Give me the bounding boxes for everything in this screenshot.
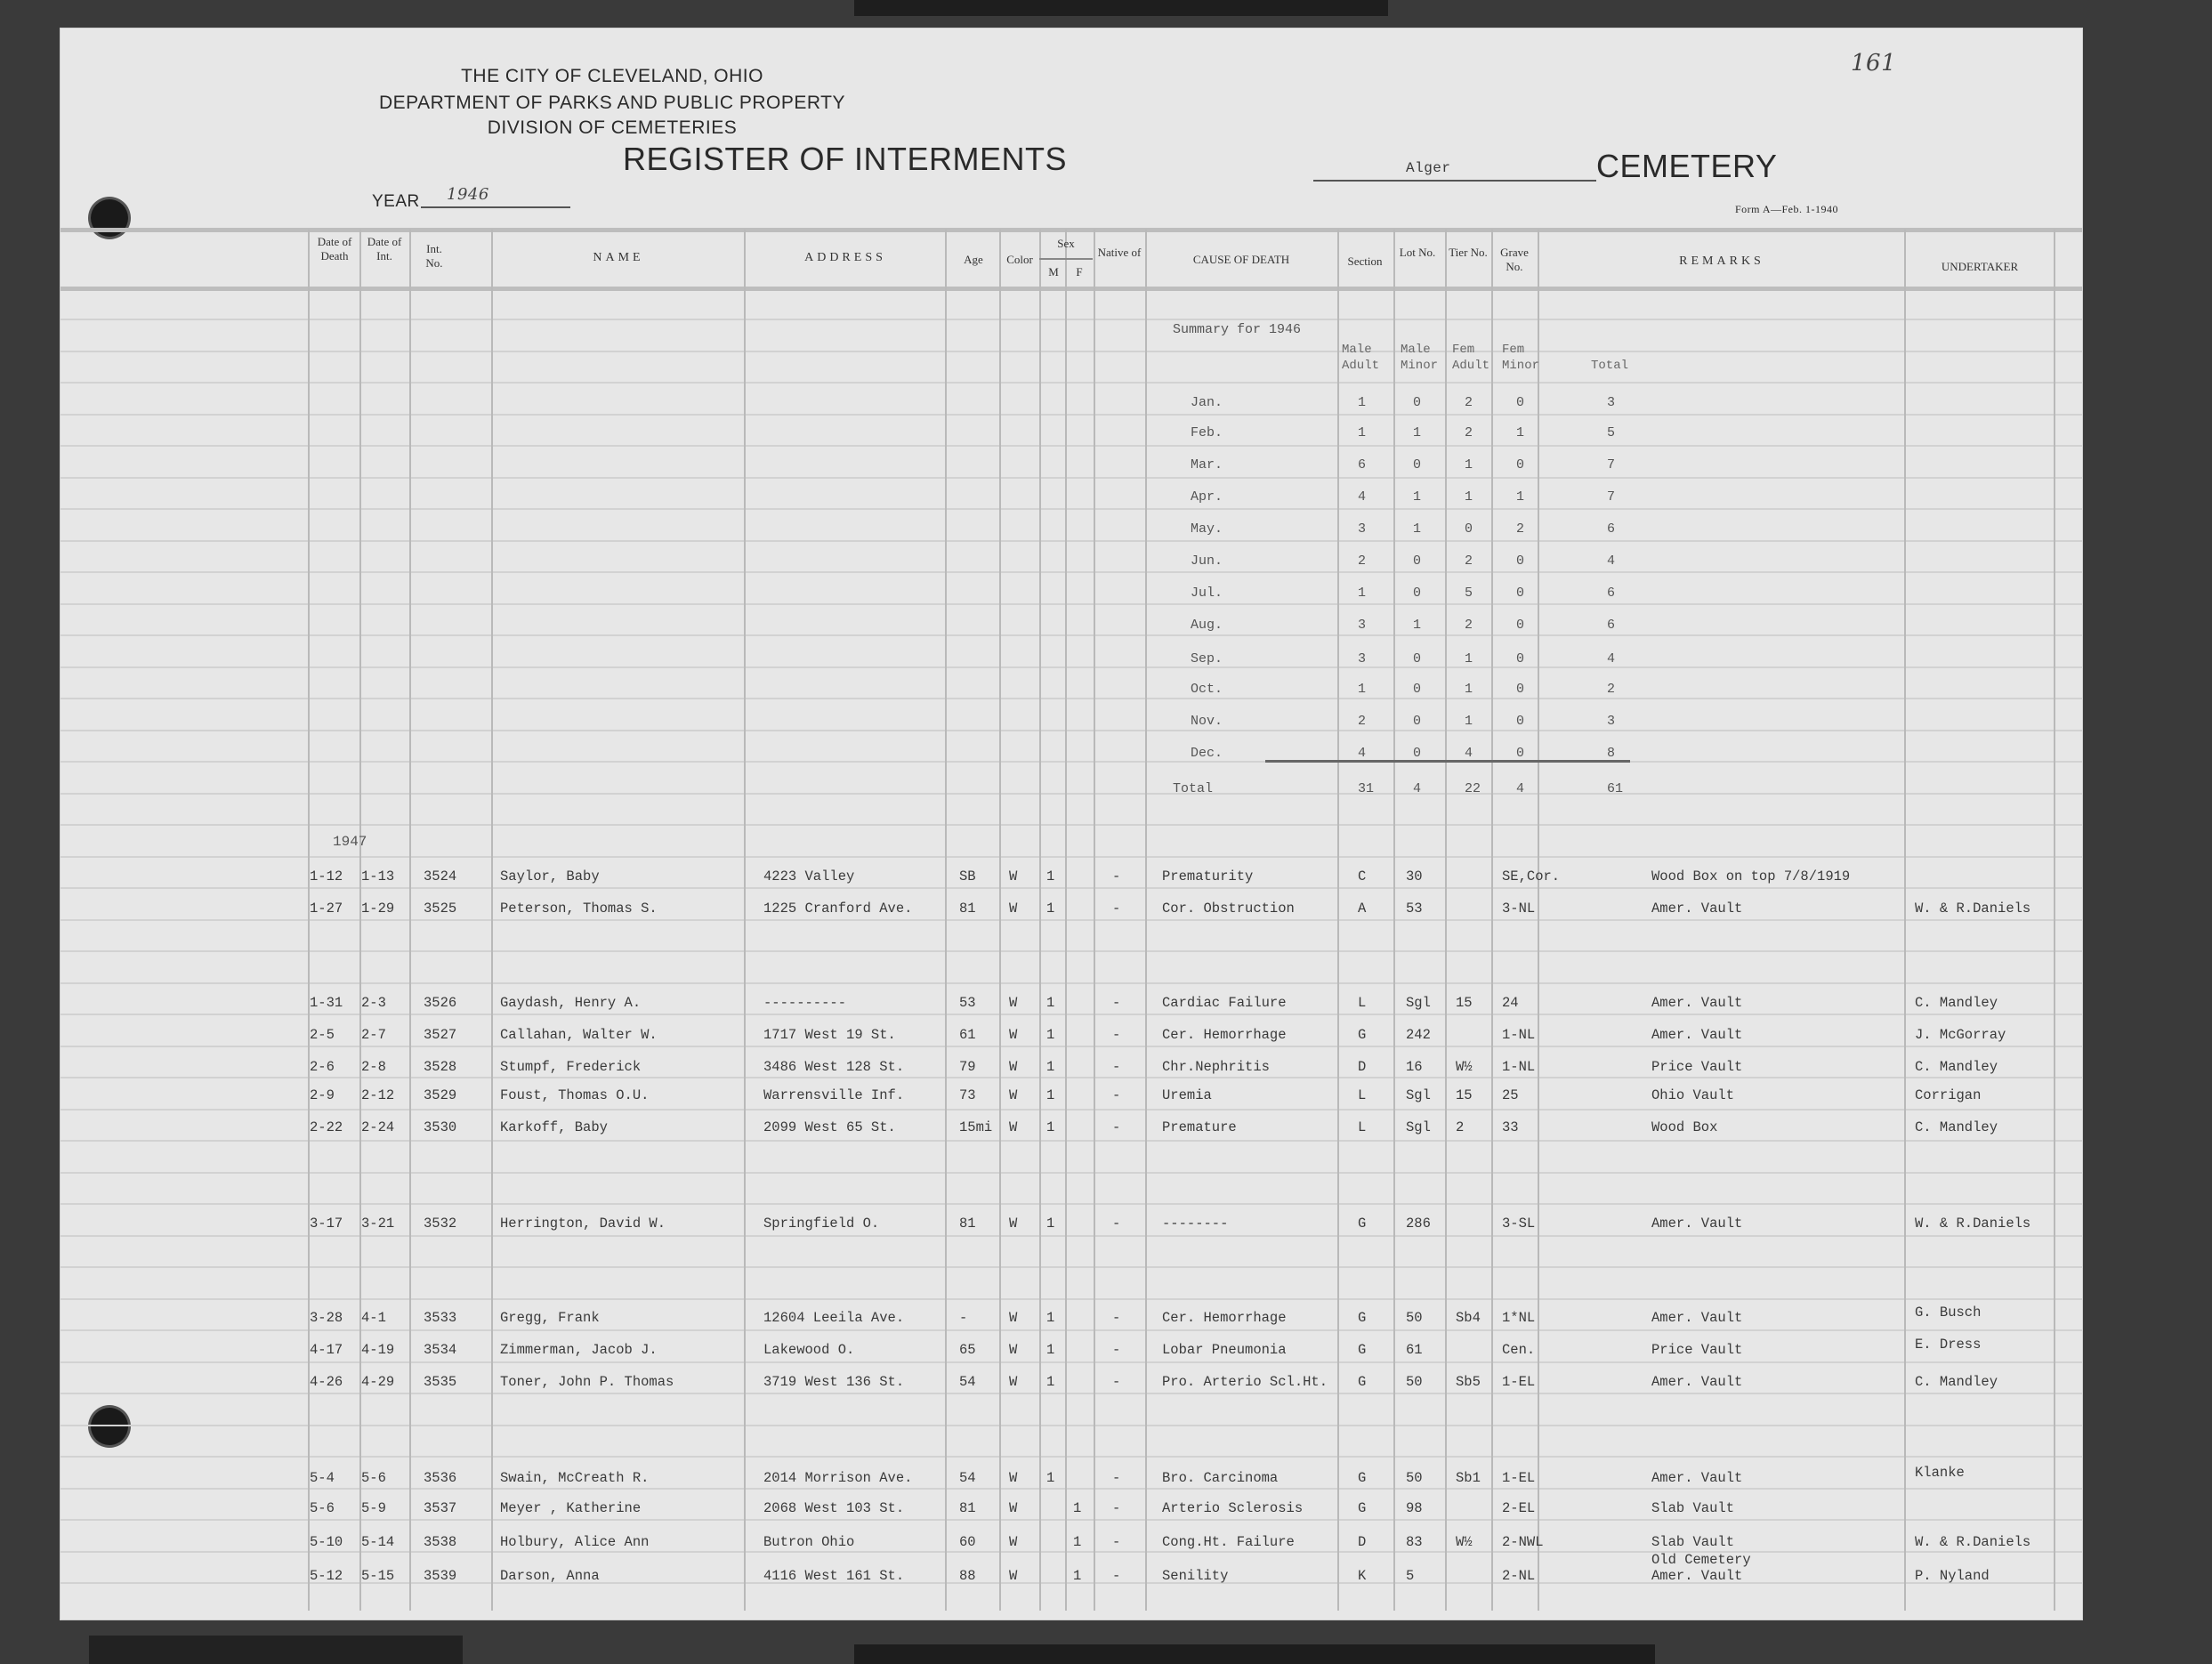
name: Swain, McCreath R. [500,1470,649,1486]
section: L [1358,1087,1366,1103]
summary-month: Feb. [1191,425,1223,440]
summary-total: 7 [1607,457,1615,473]
col-date-of-int: Date of Int. [361,235,408,263]
summary-male-adult: 2 [1358,553,1366,569]
summary-fem-minor: 0 [1516,457,1524,473]
summary-header-male-adult: Male Adult [1342,342,1392,374]
grave-no: 2-NL [1502,1568,1535,1584]
summary-male-minor: 4 [1413,781,1421,796]
name: Herrington, David W. [500,1216,666,1232]
column-divider [409,230,411,1611]
section: L [1358,1119,1366,1135]
year-value: 1946 [447,185,489,204]
age: 54 [959,1470,976,1486]
table-top-rule [61,228,2082,232]
summary-total: 7 [1607,489,1615,505]
summary-month: Jun. [1191,553,1223,569]
date-of-death: 5-10 [310,1534,343,1550]
age: 81 [959,1500,976,1516]
sex-m: 1 [1046,1342,1054,1358]
summary-month: Apr. [1191,489,1223,505]
grave-no: 1-EL [1502,1374,1535,1390]
sex-f: 1 [1073,1568,1081,1584]
form-note: Form A—Feb. 1-1940 [1735,203,1838,216]
grave-no: 1-NL [1502,1027,1535,1043]
lot-no: 16 [1406,1059,1423,1075]
summary-total: 5 [1607,425,1615,440]
address: 1717 West 19 St. [763,1027,896,1043]
summary-fem-minor: 4 [1516,781,1524,796]
remarks: Wood Box on top 7/8/1919 [1651,868,1850,885]
int-no: 3529 [424,1087,456,1103]
summary-male-adult: 3 [1358,521,1366,537]
name: Gregg, Frank [500,1310,600,1326]
int-no: 3527 [424,1027,456,1043]
summary-male-adult: 3 [1358,651,1366,666]
address: 4116 West 161 St. [763,1568,904,1584]
address: 2099 West 65 St. [763,1119,896,1135]
name: Gaydash, Henry A. [500,995,641,1011]
column-divider [2054,230,2055,1611]
summary-male-adult: 1 [1358,682,1366,697]
summary-header-fem-minor: Fem Minor [1502,342,1552,374]
section: G [1358,1470,1366,1486]
section: G [1358,1342,1366,1358]
summary-fem-minor: 1 [1516,425,1524,440]
summary-fem-minor: 0 [1516,714,1524,729]
int-no: 3536 [424,1470,456,1486]
summary-male-minor: 0 [1413,553,1421,569]
date-of-death: 1-31 [310,995,343,1011]
ledger-rule [61,1140,2082,1142]
color: W [1009,901,1017,917]
ledger-rule [61,1203,2082,1205]
cause-of-death: Cardiac Failure [1162,995,1287,1011]
summary-month: Dec. [1191,746,1223,761]
summary-male-adult: 1 [1358,395,1366,410]
summary-fem-adult: 5 [1465,586,1473,601]
address: Butron Ohio [763,1534,854,1550]
summary-male-minor: 0 [1413,651,1421,666]
col-sex: Sex [1039,237,1093,251]
column-divider [491,230,493,1611]
remarks: Amer. Vault [1651,1374,1742,1390]
native-of: - [1112,1500,1120,1516]
tier-no: W½ [1456,1534,1473,1550]
ledger-rule [61,634,2082,636]
column-divider [1491,230,1493,1611]
summary-fem-adult: 1 [1465,489,1473,505]
int-no: 3534 [424,1342,456,1358]
summary-total: 8 [1607,746,1615,761]
ledger-rule [61,1456,2082,1458]
int-no: 3525 [424,901,456,917]
column-divider [1337,230,1339,1611]
summary-total: 4 [1607,553,1615,569]
age: 65 [959,1342,976,1358]
tier-no: Sb4 [1456,1310,1481,1326]
tier-no: W½ [1456,1059,1473,1075]
date-of-death: 5-12 [310,1568,343,1584]
summary-male-adult: 6 [1358,457,1366,473]
age: 79 [959,1059,976,1075]
sex-m: 1 [1046,1027,1054,1043]
summary-male-minor: 1 [1413,618,1421,633]
undertaker: W. & R.Daniels [1915,1216,2030,1232]
color: W [1009,1568,1017,1584]
color: W [1009,1342,1017,1358]
summary-male-minor: 0 [1413,586,1421,601]
col-int-no: Int. No. [416,242,452,271]
date-of-int: 5-14 [361,1534,394,1550]
name: Karkoff, Baby [500,1119,608,1135]
remarks: Amer. Vault [1651,995,1742,1011]
column-divider [1039,230,1041,1611]
sex-m: 1 [1046,995,1054,1011]
sex-m: 1 [1046,901,1054,917]
grave-no: 2-NWL [1502,1534,1544,1550]
col-date-of-death: Date of Death [311,235,358,263]
ledger-rule [61,887,2082,889]
header-division: DIVISION OF CEMETERIES [256,117,968,139]
summary-fem-adult: 2 [1465,425,1473,440]
lot-no: 5 [1406,1568,1414,1584]
color: W [1009,1500,1017,1516]
date-of-death: 2-22 [310,1119,343,1135]
ledger-rule [61,1329,2082,1331]
col-grave-no: Grave No. [1493,246,1536,274]
name: Foust, Thomas O.U. [500,1087,649,1103]
column-divider [999,230,1001,1611]
date-of-death: 5-6 [310,1500,335,1516]
date-of-death: 4-17 [310,1342,343,1358]
ledger-rule [61,1298,2082,1300]
remarks: Amer. Vault [1651,1027,1742,1043]
summary-fem-minor: 0 [1516,682,1524,697]
ledger-rule [61,1393,2082,1394]
summary-total: 6 [1607,618,1615,633]
native-of: - [1112,1342,1120,1358]
section: G [1358,1500,1366,1516]
cause-of-death: Arterio Sclerosis [1162,1500,1303,1516]
native-of: - [1112,1027,1120,1043]
age: - [959,1310,967,1326]
section: D [1358,1059,1366,1075]
lot-no: 83 [1406,1534,1423,1550]
summary-month: Oct. [1191,682,1223,697]
cemetery-underline [1313,180,1596,182]
cause-of-death: Lobar Pneumonia [1162,1342,1287,1358]
column-divider [1538,230,1539,1611]
name: Zimmerman, Jacob J. [500,1342,658,1358]
color: W [1009,1470,1017,1486]
ledger-rule [61,603,2082,605]
summary-male-minor: 0 [1413,457,1421,473]
int-no: 3526 [424,995,456,1011]
date-of-int: 2-24 [361,1119,394,1135]
summary-fem-minor: 0 [1516,553,1524,569]
sex-m: 1 [1046,1119,1054,1135]
date-of-death: 2-9 [310,1087,335,1103]
summary-month: Jan. [1191,395,1223,410]
grave-no: 1-NL [1502,1059,1535,1075]
summary-fem-minor: 2 [1516,521,1524,537]
summary-total: 3 [1607,714,1615,729]
col-lot-no: Lot No. [1393,246,1441,260]
ledger-rule [61,856,2082,858]
summary-total: 4 [1607,651,1615,666]
cause-of-death: Cer. Hemorrhage [1162,1310,1287,1326]
sex-f: 1 [1073,1500,1081,1516]
name: Stumpf, Frederick [500,1059,641,1075]
summary-fem-adult: 1 [1465,682,1473,697]
grave-no: 2-EL [1502,1500,1535,1516]
ledger-rule [61,1266,2082,1268]
grave-no: 3-SL [1502,1216,1535,1232]
col-name: NAME [493,251,744,265]
remarks: Slab Vault [1651,1534,1734,1550]
name: Holbury, Alice Ann [500,1534,649,1550]
lot-no: 30 [1406,868,1423,885]
color: W [1009,1087,1017,1103]
section: G [1358,1027,1366,1043]
int-no: 3530 [424,1119,456,1135]
summary-total-rule [1265,760,1630,763]
section: A [1358,901,1366,917]
summary-title: Summary for 1946 [1173,322,1301,337]
summary-fem-minor: 0 [1516,586,1524,601]
summary-fem-adult: 2 [1465,618,1473,633]
name: Peterson, Thomas S. [500,901,658,917]
age: 53 [959,995,976,1011]
col-remarks: REMARKS [1539,254,1904,269]
grave-no: 24 [1502,995,1519,1011]
register-page: THE CITY OF CLEVELAND, OHIO DEPARTMENT O… [61,28,2082,1620]
summary-total: 3 [1607,395,1615,410]
year-label: YEAR [372,192,420,212]
summary-fem-minor: 0 [1516,618,1524,633]
int-no: 3533 [424,1310,456,1326]
summary-fem-minor: 0 [1516,395,1524,410]
grave-no: 1*NL [1502,1310,1535,1326]
sex-m: 1 [1046,868,1054,885]
summary-male-adult: 1 [1358,586,1366,601]
sex-m: 1 [1046,1216,1054,1232]
section: G [1358,1310,1366,1326]
ledger-rule [61,666,2082,668]
column-divider [1094,230,1095,1611]
table-header-bottom-rule [61,287,2082,291]
column-divider [1393,230,1395,1611]
undertaker: J. McGorray [1915,1027,2006,1043]
remarks: Amer. Vault [1651,1470,1742,1486]
date-of-int: 2-7 [361,1027,386,1043]
col-native-of: Native of [1094,246,1144,260]
address: Warrensville Inf. [763,1087,904,1103]
ledger-rule [61,414,2082,416]
summary-male-adult: 4 [1358,746,1366,761]
int-no: 3537 [424,1500,456,1516]
address: Springfield O. [763,1216,879,1232]
age: 54 [959,1374,976,1390]
sex-subdivider [1039,258,1093,260]
ledger-rule [61,982,2082,984]
sex-m: 1 [1046,1470,1054,1486]
summary-fem-adult: 0 [1465,521,1473,537]
col-section: Section [1338,254,1392,269]
sex-m: 1 [1046,1310,1054,1326]
summary-fem-minor: 0 [1516,746,1524,761]
undertaker: C. Mandley [1915,1374,1998,1390]
summary-male-minor: 0 [1413,746,1421,761]
date-of-int: 1-13 [361,868,394,885]
name: Toner, John P. Thomas [500,1374,674,1390]
col-sex-f: F [1067,265,1092,279]
grave-no: 1-EL [1502,1470,1535,1486]
address: 3486 West 128 St. [763,1059,904,1075]
cause-of-death: Cong.Ht. Failure [1162,1534,1295,1550]
date-of-int: 2-8 [361,1059,386,1075]
summary-male-minor: 1 [1413,521,1421,537]
year-underline [421,206,570,208]
cause-of-death: Chr.Nephritis [1162,1059,1270,1075]
undertaker: Klanke [1915,1465,1965,1481]
color: W [1009,1310,1017,1326]
summary-fem-adult: 22 [1465,781,1481,796]
lot-no: 286 [1406,1216,1431,1232]
scan-edge-bottom-right [854,1644,1655,1664]
native-of: - [1112,1059,1120,1075]
binder-hole-icon [91,1408,128,1445]
native-of: - [1112,1216,1120,1232]
date-of-int: 5-15 [361,1568,394,1584]
lot-no: Sgl [1406,1119,1431,1135]
tier-no: 2 [1456,1119,1464,1135]
color: W [1009,1059,1017,1075]
address: 2014 Morrison Ave. [763,1470,912,1486]
color: W [1009,1534,1017,1550]
address: 12604 Leeila Ave. [763,1310,904,1326]
section: C [1358,868,1366,885]
summary-male-adult: 1 [1358,425,1366,440]
summary-fem-adult: 2 [1465,395,1473,410]
lot-no: 50 [1406,1310,1423,1326]
native-of: - [1112,901,1120,917]
col-sex-m: M [1041,265,1066,279]
remarks: Price Vault [1651,1342,1742,1358]
remarks: Amer. Vault [1651,901,1742,917]
lot-no: 61 [1406,1342,1423,1358]
page-title: REGISTER OF INTERMENTS [623,141,1067,178]
name: Saylor, Baby [500,868,600,885]
summary-male-minor: 1 [1413,425,1421,440]
age: 15mi [959,1119,992,1135]
summary-male-adult: 4 [1358,489,1366,505]
ledger-rule [61,1425,2082,1426]
remarks-line-2: Old Cemetery [1651,1552,1751,1568]
cause-of-death: Pro. Arterio Scl.Ht. [1162,1374,1328,1390]
cemetery-label: CEMETERY [1596,148,1777,185]
section: K [1358,1568,1366,1584]
name: Darson, Anna [500,1568,600,1584]
date-of-int: 5-9 [361,1500,386,1516]
age: 81 [959,1216,976,1232]
date-of-int: 1-29 [361,901,394,917]
undertaker: C. Mandley [1915,1059,1998,1075]
date-of-death: 2-6 [310,1059,335,1075]
age: 60 [959,1534,976,1550]
color: W [1009,1119,1017,1135]
ledger-rule [61,571,2082,573]
col-tier-no: Tier No. [1447,246,1489,260]
native-of: - [1112,1374,1120,1390]
undertaker: C. Mandley [1915,995,1998,1011]
ledger-rule [61,1488,2082,1490]
native-of: - [1112,995,1120,1011]
year-marker-1947: 1947 [333,834,367,850]
lot-no: 50 [1406,1374,1423,1390]
age: 88 [959,1568,976,1584]
scan-edge-top [854,0,1388,16]
lot-no: 242 [1406,1027,1431,1043]
cause-of-death: Prematurity [1162,868,1253,885]
col-color: Color [1000,253,1039,267]
ledger-rule [61,351,2082,352]
summary-month: Mar. [1191,457,1223,473]
cause-of-death: Senility [1162,1568,1228,1584]
lot-no: 50 [1406,1470,1423,1486]
address: 2068 West 103 St. [763,1500,904,1516]
cause-of-death: -------- [1162,1216,1228,1232]
summary-fem-adult: 4 [1465,746,1473,761]
date-of-death: 2-5 [310,1027,335,1043]
ledger-rule [61,1235,2082,1237]
column-divider [744,230,746,1611]
date-of-int: 2-3 [361,995,386,1011]
date-of-int: 3-21 [361,1216,394,1232]
summary-fem-adult: 1 [1465,457,1473,473]
date-of-death: 3-17 [310,1216,343,1232]
remarks: Wood Box [1651,1119,1717,1135]
column-divider [308,230,310,1611]
color: W [1009,1216,1017,1232]
summary-month: Total [1173,781,1213,796]
summary-header-male-minor: Male Minor [1401,342,1450,374]
age: SB [959,868,976,885]
summary-male-minor: 0 [1413,714,1421,729]
col-cause-of-death: CAUSE OF DEATH [1148,253,1335,267]
scan-edge-bottom [89,1636,463,1664]
summary-month: Aug. [1191,618,1223,633]
summary-fem-minor: 1 [1516,489,1524,505]
undertaker: C. Mandley [1915,1119,1998,1135]
age: 61 [959,1027,976,1043]
sex-m: 1 [1046,1374,1054,1390]
summary-total: 6 [1607,521,1615,537]
ledger-rule [61,1519,2082,1521]
remarks: Ohio Vault [1651,1087,1734,1103]
native-of: - [1112,1568,1120,1584]
native-of: - [1112,1310,1120,1326]
ledger-rule [61,540,2082,542]
grave-no: 3-NL [1502,901,1535,917]
undertaker: W. & R.Daniels [1915,1534,2030,1550]
summary-month: May. [1191,521,1223,537]
date-of-int: 4-1 [361,1310,386,1326]
summary-male-adult: 31 [1358,781,1374,796]
summary-fem-adult: 1 [1465,651,1473,666]
name: Callahan, Walter W. [500,1027,658,1043]
